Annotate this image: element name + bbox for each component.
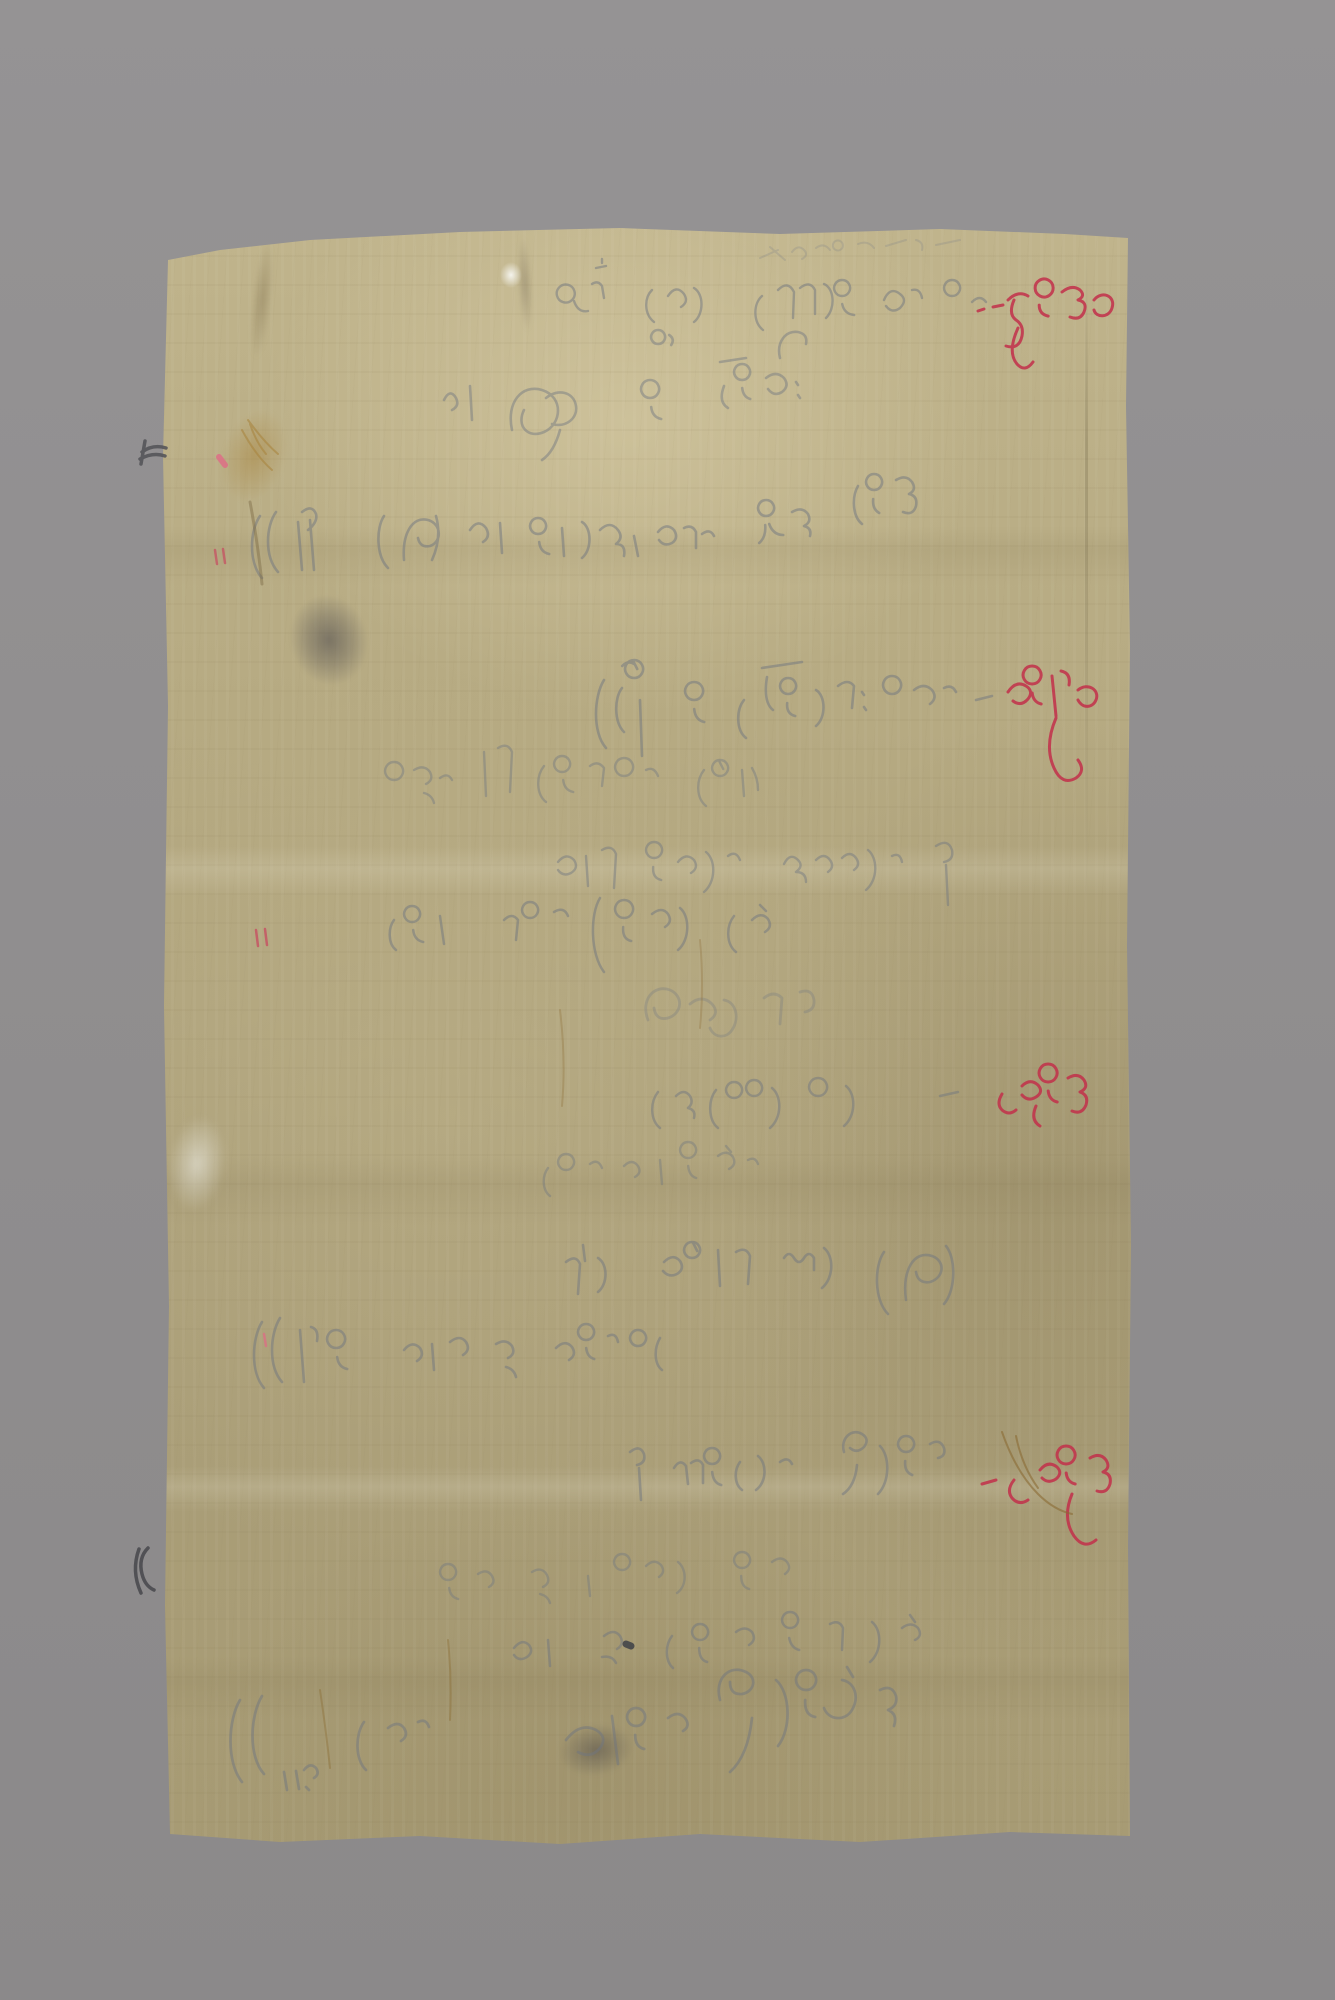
paper-crease-light <box>160 1466 1132 1512</box>
white-hole-spot <box>500 262 522 288</box>
paper-grain-texture <box>160 226 1132 1848</box>
wire-fastener-bottom <box>135 1548 154 1593</box>
plant-fiber-tuft <box>209 400 300 511</box>
photo-stage <box>0 0 1335 2000</box>
paper-crease-light <box>160 846 1132 896</box>
vertical-crease <box>1085 236 1088 926</box>
paper-tonal-band <box>160 1156 1132 1226</box>
wire-fastener-top <box>140 441 166 464</box>
manuscript-paper-sheet <box>160 226 1132 1848</box>
dark-ink-smudge <box>280 586 378 694</box>
paper-laid-lines-texture <box>160 226 1132 1848</box>
paper-tonal-band <box>160 526 1132 586</box>
brown-stain-streak <box>515 236 534 333</box>
dark-ink-smudge <box>555 1719 637 1781</box>
pale-blotch <box>162 1112 233 1215</box>
brown-stain-streak <box>246 239 278 360</box>
paper-tonal-band <box>160 1656 1132 1720</box>
